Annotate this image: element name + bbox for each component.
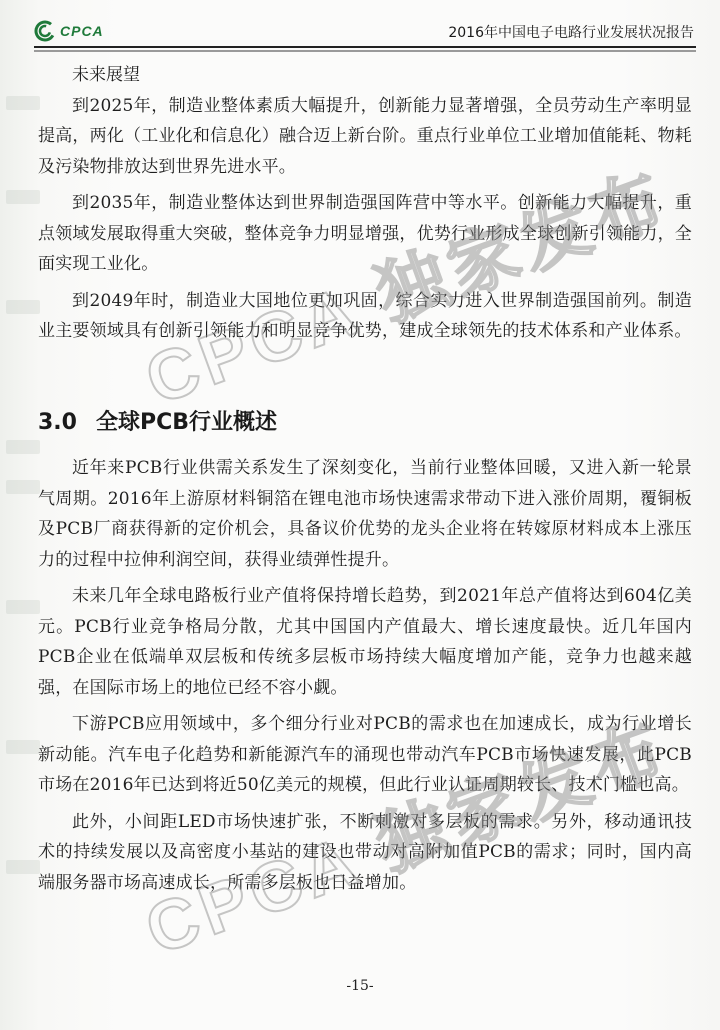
scan-artifact [6, 440, 40, 454]
scan-artifact [6, 860, 40, 874]
paragraph: 近年来PCB行业供需关系发生了深刻变化，当前行业整体回暖，又进入新一轮景气周期。… [38, 453, 692, 575]
page-header: CPCA 2016年中国电子电路行业发展状况报告 [34, 18, 696, 52]
section-heading: 3.0全球PCB行业概述 [38, 405, 277, 436]
paragraph: 下游PCB应用领域中，多个细分行业对PCB的需求也在加速成长，成为行业增长新动能… [38, 709, 692, 801]
scan-artifact [6, 96, 40, 110]
paragraph: 未来几年全球电路板行业产值将保持增长趋势，到2021年总产值将达到604亿美元。… [38, 581, 692, 703]
logo-text: CPCA [60, 23, 104, 39]
cpca-logo-icon [34, 20, 56, 42]
header-rule [34, 46, 696, 48]
cpca-logo: CPCA [34, 20, 104, 42]
paragraph: 此外，小间距LED市场快速扩张，不断刺激对多层板的需求。另外，移动通讯技术的持续… [38, 807, 692, 899]
scan-artifact [6, 740, 40, 754]
section-title-text: 全球PCB行业概述 [96, 410, 277, 435]
section-body: 近年来PCB行业供需关系发生了深刻变化，当前行业整体回暖，又进入新一轮景气周期。… [38, 453, 692, 898]
subheading: 未来展望 [38, 60, 692, 91]
section-continuation: 未来展望 到2025年，制造业整体素质大幅提升，创新能力显著增强，全员劳动生产率… [38, 60, 692, 347]
report-title: 2016年中国电子电路行业发展状况报告 [448, 22, 694, 42]
document-page: CPCA 2016年中国电子电路行业发展状况报告 未来展望 到2025年，制造业… [0, 0, 720, 1030]
paragraph: 到2049年时，制造业大国地位更加巩固，综合实力进入世界制造强国前列。制造业主要… [38, 286, 692, 347]
section-number: 3.0 [38, 410, 96, 435]
header-rule-thin [34, 50, 696, 52]
paragraph: 到2035年，制造业整体达到世界制造强国阵营中等水平。创新能力大幅提升，重点领域… [38, 188, 692, 280]
scan-artifact [6, 480, 40, 494]
paragraph: 到2025年，制造业整体素质大幅提升，创新能力显著增强，全员劳动生产率明显提高，… [38, 91, 692, 183]
scan-artifact [6, 600, 40, 614]
scan-artifact [6, 190, 40, 204]
scan-artifact [6, 300, 40, 314]
page-number: -15- [0, 978, 720, 994]
